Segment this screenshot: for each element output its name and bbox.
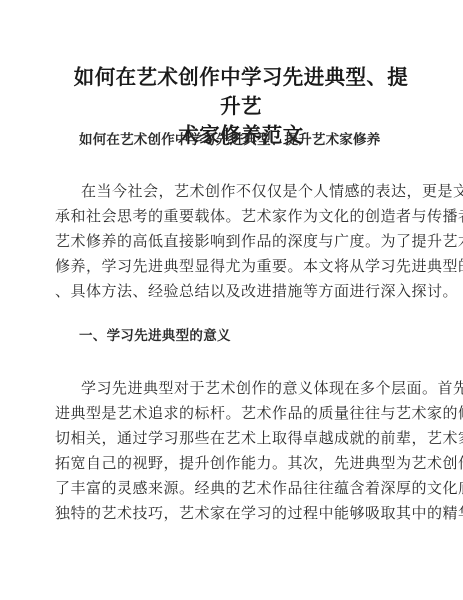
title-line-1: 如何在艺术创作中学习先进典型、提升艺 <box>70 63 412 121</box>
paragraph-line: 拓宽自己的视野，提升创作能力。其次，先进典型为艺术创作提供 <box>55 451 407 476</box>
intro-paragraph: 在当今社会，艺术创作不仅仅是个人情感的表达，更是文化传 承和社会思考的重要载体。… <box>55 179 407 304</box>
paragraph-line: 切相关，通过学习那些在艺术上取得卓越成就的前辈，艺术家可以 <box>55 426 407 451</box>
section-heading: 一、学习先进典型的意义 <box>79 327 231 345</box>
paragraph-line: 进典型是艺术追求的标杆。艺术作品的质量往往与艺术家的修养密 <box>55 401 407 426</box>
paragraph-line: 、具体方法、经验总结以及改进措施等方面进行深入探讨。 <box>55 279 407 304</box>
paragraph-line: 修养，学习先进典型显得尤为重要。本文将从学习先进典型的意义 <box>55 254 407 279</box>
paragraph-line: 艺术修养的高低直接影响到作品的深度与广度。为了提升艺术家的 <box>55 229 407 254</box>
paragraph-line: 了丰富的灵感来源。经典的艺术作品往往蕴含着深厚的文化底蕴和 <box>55 476 407 501</box>
paragraph-line: 在当今社会，艺术创作不仅仅是个人情感的表达，更是文化传 <box>55 179 407 204</box>
paragraph-line: 承和社会思考的重要载体。艺术家作为文化的创造者与传播者，其 <box>55 204 407 229</box>
section-paragraph: 学习先进典型对于艺术创作的意义体现在多个层面。首先，先 进典型是艺术追求的标杆。… <box>55 376 407 526</box>
paragraph-line: 独特的艺术技巧，艺术家在学习的过程中能够吸取其中的精华，激 <box>55 501 407 526</box>
paragraph-line: 学习先进典型对于艺术创作的意义体现在多个层面。首先，先 <box>55 376 407 401</box>
document-page: 如何在艺术创作中学习先进典型、提升艺 术家修养范文 如何在艺术创作中学习先进典型… <box>0 0 463 600</box>
document-subtitle: 如何在艺术创作中学习先进典型、提升艺术家修养 <box>79 131 380 149</box>
